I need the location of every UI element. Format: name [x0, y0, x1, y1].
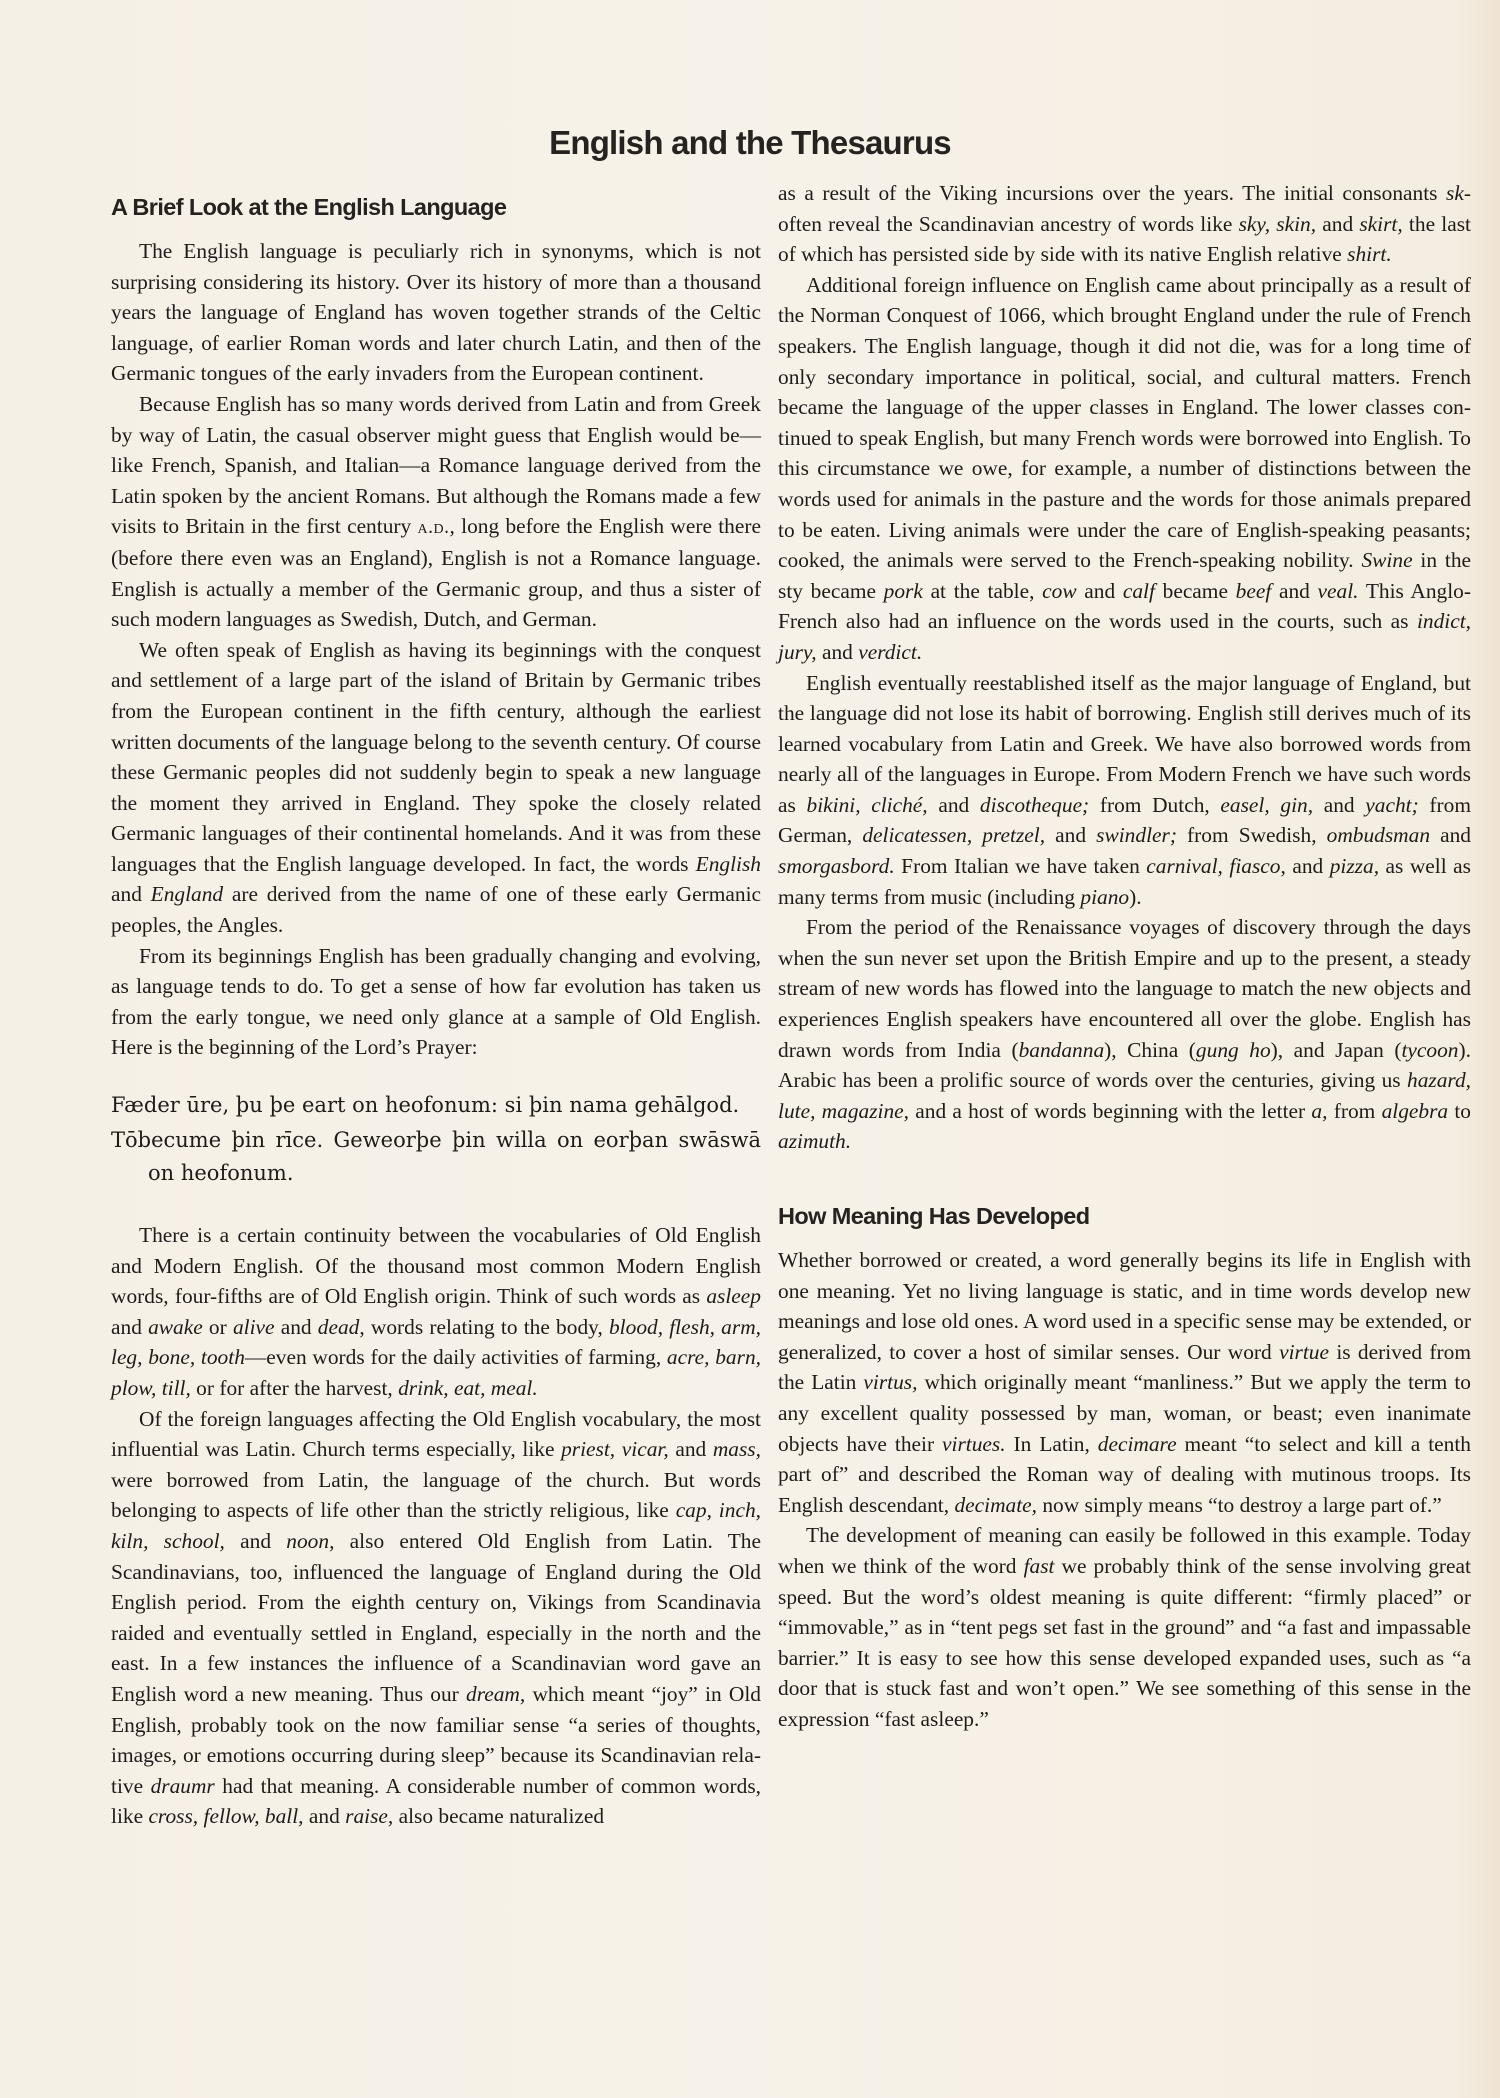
- italic-term: pork: [884, 579, 923, 603]
- italic-term: dream,: [466, 1682, 525, 1706]
- italic-term: algebra: [1382, 1099, 1449, 1123]
- italic-term: delicatessen, pretzel,: [862, 823, 1045, 847]
- italic-term: easel, gin,: [1220, 793, 1313, 817]
- italic-term: decimare: [1098, 1432, 1177, 1456]
- italic-term: bikini, cliché,: [807, 793, 928, 817]
- italic-term: draumr: [151, 1774, 215, 1798]
- paragraph: Because English has so many words derive…: [111, 389, 761, 635]
- italic-term: sky, skin,: [1239, 212, 1316, 236]
- italic-term: shirt.: [1347, 242, 1392, 266]
- italic-term: yacht;: [1365, 793, 1418, 817]
- paragraph: Additional foreign influence on English …: [778, 270, 1471, 668]
- paragraph: The development of meaning can easily be…: [778, 1520, 1471, 1734]
- page-title: English and the Thesaurus: [0, 124, 1500, 162]
- verse-line: Fæder ūre, þu þe eart on heofonum: si þi…: [111, 1089, 761, 1122]
- italic-term: awake: [148, 1315, 203, 1339]
- right-paragraphs-top: as a result of the Viking incursions ove…: [778, 178, 1471, 1157]
- paragraph: There is a certain continuity between th…: [111, 1220, 761, 1404]
- italic-term: skirt,: [1359, 212, 1402, 236]
- left-paragraphs-after-verse: There is a certain continuity between th…: [111, 1220, 761, 1832]
- italic-term: smorgasbord.: [778, 854, 895, 878]
- italic-term: carni­val, fiasco,: [1146, 854, 1286, 878]
- italic-term: discotheque;: [980, 793, 1089, 817]
- italic-term: sk-: [1446, 181, 1471, 205]
- italic-term: priest, vicar,: [561, 1437, 669, 1461]
- left-column: A Brief Look at the English Language The…: [111, 192, 761, 1832]
- italic-term: pizza,: [1330, 854, 1379, 878]
- old-english-verse: Fæder ūre, þu þe eart on heofonum: si þi…: [111, 1089, 761, 1190]
- italic-term: cow: [1042, 579, 1076, 603]
- italic-term: azimuth.: [778, 1129, 851, 1153]
- italic-term: piano: [1080, 885, 1129, 909]
- paragraph: From its beginnings English has been gra…: [111, 941, 761, 1063]
- paragraph: From the period of the Renaissance voyag…: [778, 912, 1471, 1157]
- right-paragraphs-bottom: Whether borrowed or created, a word gene…: [778, 1245, 1471, 1735]
- italic-term: asleep: [706, 1284, 761, 1308]
- italic-term: bandanna: [1019, 1038, 1105, 1062]
- left-paragraphs: The English language is peculiarly rich …: [111, 236, 761, 1063]
- italic-term: virtus,: [863, 1370, 917, 1394]
- italic-term: fast: [1024, 1554, 1055, 1578]
- page: English and the Thesaurus A Brief Look a…: [0, 0, 1500, 2098]
- italic-term: noon,: [286, 1529, 334, 1553]
- italic-term: beef: [1236, 579, 1272, 603]
- italic-term: virtue: [1279, 1340, 1329, 1364]
- italic-term: hazard, lute, magazine,: [778, 1068, 1471, 1123]
- paragraph: English eventually reestablished itself …: [778, 668, 1471, 913]
- italic-term: a,: [1311, 1099, 1327, 1123]
- italic-term: raise,: [345, 1804, 393, 1828]
- italic-term: cross, fellow, ball,: [148, 1804, 303, 1828]
- italic-term: decimate,: [954, 1493, 1037, 1517]
- paragraph: We often speak of English as having its …: [111, 635, 761, 941]
- italic-term: Swine: [1361, 548, 1412, 572]
- italic-term: swindler;: [1096, 823, 1177, 847]
- right-column: as a result of the Viking incursions ove…: [778, 178, 1471, 1735]
- section-heading-how-meaning: How Meaning Has Developed: [778, 1201, 1471, 1231]
- paragraph: Of the foreign languages affecting the O…: [111, 1404, 761, 1832]
- italic-term: verdict.: [858, 640, 922, 664]
- italic-term: calf: [1123, 579, 1155, 603]
- paragraph: The English language is peculiarly rich …: [111, 236, 761, 389]
- section-heading-brief-look: A Brief Look at the English Language: [111, 192, 761, 222]
- small-caps-text: a.d.: [417, 516, 449, 538]
- paragraph: Whether borrowed or created, a word gene…: [778, 1245, 1471, 1520]
- italic-term: drink, eat, meal.: [398, 1376, 538, 1400]
- italic-term: blood, flesh, arm, leg, bone, tooth: [111, 1315, 761, 1370]
- verse-line: Tōbecume þin rīce. Geweorþe þin willa on…: [111, 1124, 761, 1190]
- italic-term: England: [151, 882, 224, 906]
- paragraph: as a result of the Viking incursions ove…: [778, 178, 1471, 270]
- italic-term: dead: [318, 1315, 360, 1339]
- italic-term: virtues.: [942, 1432, 1006, 1456]
- italic-term: tycoon: [1401, 1038, 1458, 1062]
- italic-term: veal.: [1318, 579, 1359, 603]
- italic-term: English: [696, 852, 761, 876]
- italic-term: alive: [233, 1315, 275, 1339]
- italic-term: cap, inch, kiln, school,: [111, 1498, 761, 1553]
- italic-term: ombudsman: [1327, 823, 1430, 847]
- italic-term: mass,: [713, 1437, 761, 1461]
- italic-term: gung ho: [1196, 1038, 1271, 1062]
